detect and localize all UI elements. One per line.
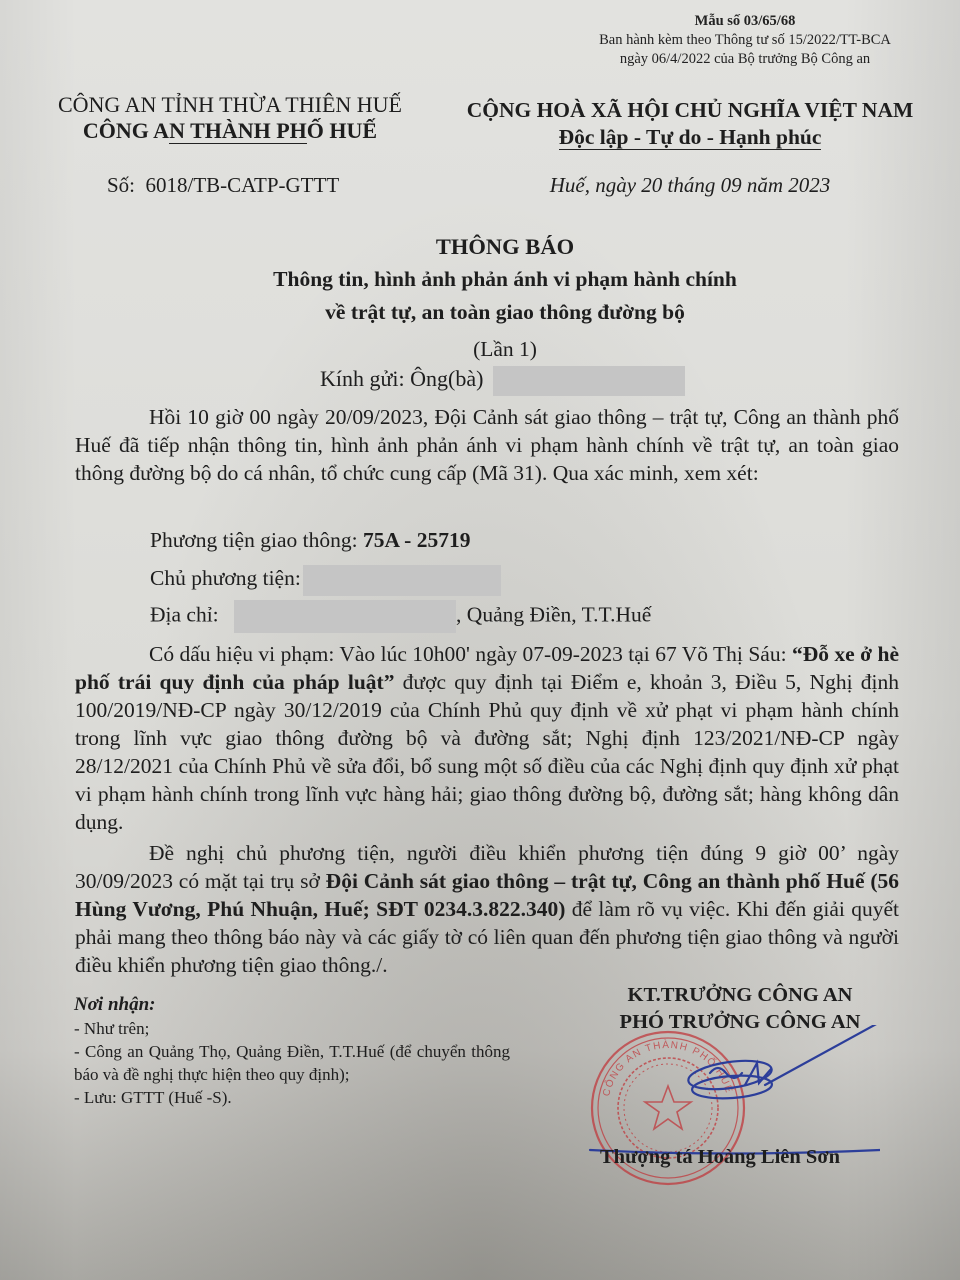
title-subtitle-2: về trật tự, an toàn giao thông đường bộ <box>200 296 810 329</box>
form-issued-with: Ban hành kèm theo Thông tư số 15/2022/TT… <box>560 31 930 50</box>
form-code: Mẫu số 03/65/68 <box>560 12 930 31</box>
title-heading: THÔNG BÁO <box>200 231 810 263</box>
document-title: THÔNG BÁO Thông tin, hình ảnh phản ánh v… <box>200 231 810 367</box>
place-date: Huế, ngày 20 tháng 09 năm 2023 <box>440 173 940 198</box>
redacted-address <box>234 600 456 633</box>
issuing-agency: CÔNG AN THÀNH PHỐ HUẾ <box>30 118 430 144</box>
national-header: CỘNG HOÀ XÃ HỘI CHỦ NGHĨA VIỆT NAM Độc l… <box>440 97 940 151</box>
request-paragraph: Đề nghị chủ phương tiện, người điều khiể… <box>75 839 899 979</box>
violation-paragraph: Có dấu hiệu vi phạm: Vào lúc 10h00' ngày… <box>75 640 899 836</box>
document-number: Số: 6018/TB-CATP-GTTT <box>107 173 339 198</box>
address-label: Địa chỉ: <box>150 602 219 626</box>
owner-field: Chủ phương tiện: <box>150 564 501 596</box>
recipient-item: - Như trên; <box>74 1017 510 1040</box>
owner-label: Chủ phương tiện: <box>150 566 301 590</box>
form-reference: Mẫu số 03/65/68 Ban hành kèm theo Thông … <box>560 12 930 69</box>
violation-intro: Có dấu hiệu vi phạm: Vào lúc 10h00' ngày… <box>149 642 792 666</box>
vehicle-plate: 75A - 25719 <box>363 528 471 552</box>
issuer-header: CÔNG AN TỈNH THỪA THIÊN HUẾ CÔNG AN THÀN… <box>30 92 430 144</box>
agency-name-underlined: N THÀNH PH <box>169 118 307 144</box>
addressee: Kính gửi: Ông(bà) <box>320 366 685 396</box>
signer-name: Thượng tá Hoàng Liên Sơn <box>600 1146 840 1169</box>
title-subtitle-1: Thông tin, hình ảnh phản ánh vi phạm hàn… <box>200 263 810 296</box>
country-name: CỘNG HOÀ XÃ HỘI CHỦ NGHĨA VIỆT NAM <box>440 97 940 124</box>
recipients-heading: Nơi nhận: <box>74 993 510 1017</box>
redacted-owner <box>303 565 501 596</box>
address-visible: , Quảng Điền, T.T.Huế <box>456 602 651 626</box>
national-motto: Độc lập - Tự do - Hạnh phúc <box>559 125 822 150</box>
address-field: Địa chỉ: , Quảng Điền, T.T.Huế <box>150 600 651 633</box>
signature-title-1: KT.TRƯỞNG CÔNG AN <box>575 982 905 1009</box>
agency-name-part: Ố HUẾ <box>307 118 377 143</box>
parent-agency: CÔNG AN TỈNH THỪA THIÊN HUẾ <box>30 92 430 118</box>
handwritten-signature-icon <box>580 1025 880 1165</box>
violation-legal-basis: được quy định tại Điểm e, khoản 3, Điều … <box>75 670 899 834</box>
recipient-item: - Công an Quảng Thọ, Quảng Điền, T.T.Huế… <box>74 1040 510 1086</box>
intro-paragraph: Hồi 10 giờ 00 ngày 20/09/2023, Đội Cảnh … <box>75 403 899 487</box>
agency-name-part: CÔNG A <box>83 118 169 143</box>
vehicle-label: Phương tiện giao thông: <box>150 528 363 552</box>
vehicle-field: Phương tiện giao thông: 75A - 25719 <box>150 526 470 554</box>
form-issued-date: ngày 06/4/2022 của Bộ trưởng Bộ Công an <box>560 50 930 69</box>
intro-text: Hồi 10 giờ 00 ngày 20/09/2023, Đội Cảnh … <box>75 405 899 485</box>
recipients: Nơi nhận: - Như trên; - Công an Quảng Th… <box>74 993 510 1109</box>
title-occurrence: (Lần 1) <box>200 331 810 367</box>
recipient-item: - Lưu: GTTT (Huế -S). <box>74 1086 510 1109</box>
redacted-name <box>493 366 685 396</box>
addressee-label: Kính gửi: Ông(bà) <box>320 366 483 391</box>
